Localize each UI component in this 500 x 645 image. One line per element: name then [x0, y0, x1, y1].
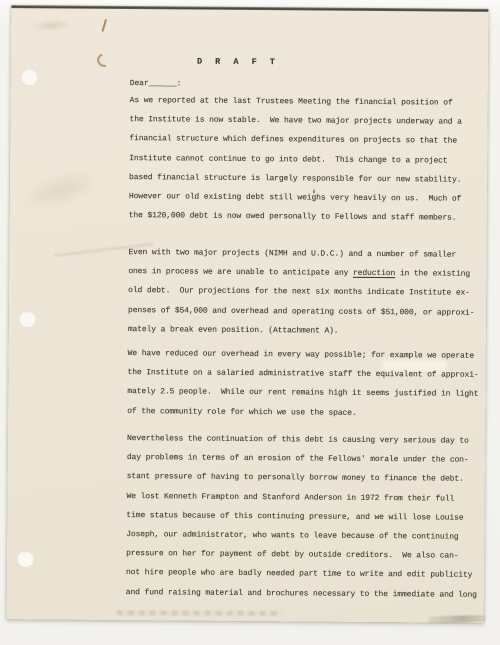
scanned-document-view: D R A F T Dear______: As we reported at …	[0, 0, 500, 645]
punch-hole-top	[21, 68, 38, 85]
pencil-smudge	[428, 615, 486, 624]
letter-line: We lost Kenneth Frampton and Stanford An…	[126, 487, 498, 509]
letter-line: mately 2.5 people. While our rent remain…	[127, 382, 499, 404]
letter-line: stant pressure of having to personally b…	[127, 467, 499, 489]
letter-line: financial structure which defines expend…	[129, 129, 500, 151]
paragraph-4: Nevertheless the continuation of this de…	[126, 429, 499, 605]
paragraph-3: We have reduced our overhead in every wa…	[127, 344, 500, 424]
letter-line: of the community role for which we use t…	[127, 402, 499, 424]
paragraph-2: Even with two major projects (NIMH and U…	[128, 243, 500, 342]
ink-mark-slash	[101, 19, 107, 32]
paper-top-edge	[11, 5, 488, 12]
line-segment: in the existing	[395, 269, 470, 279]
draft-heading: D R A F T	[197, 57, 279, 68]
stain-left-margin	[17, 164, 102, 217]
stain-smudge	[30, 18, 73, 33]
letter-line: old debt. Our projections for the next s…	[128, 281, 500, 303]
punch-hole-middle	[19, 310, 36, 327]
letter-line: mately a break even position. (Attachmen…	[128, 320, 500, 342]
letter-line: not hire people who are badly needed par…	[126, 563, 498, 585]
ink-mark-comma	[95, 51, 114, 69]
punch-hole-bottom	[17, 550, 34, 567]
line-segment: ones in process we are unable to anticip…	[128, 267, 353, 278]
letter-line: and fund raising material and brochures …	[126, 583, 498, 605]
bleed-through-text	[117, 610, 282, 615]
letter-line: Institute cannot continue to go into deb…	[129, 149, 500, 171]
paragraph-1: As we reported at the last Trustees Meet…	[129, 91, 500, 228]
paper-sheet: D R A F T Dear______: As we reported at …	[7, 5, 489, 623]
letter-line: penses of $54,000 and overhead and opera…	[128, 301, 500, 323]
underlined-word: reduction	[353, 269, 395, 278]
letter-line: the $120,000 debt is now owed personally…	[129, 206, 500, 228]
